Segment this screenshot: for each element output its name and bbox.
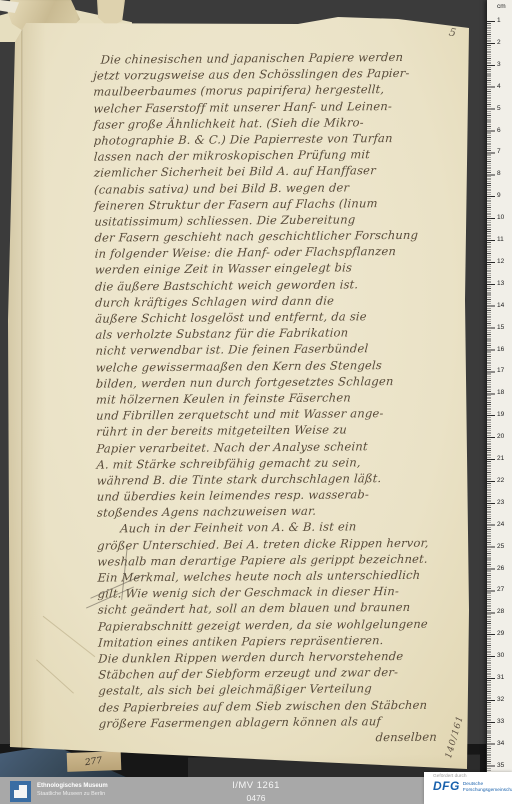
dfg-logo: DFG Deutsche Forschungsgemeinschaft xyxy=(433,781,512,793)
ruler-number: 6 xyxy=(497,127,511,134)
ruler-number: 13 xyxy=(497,280,511,287)
ruler-number: 24 xyxy=(497,521,511,528)
museum-logo: Ethnologisches Museum Staatliche Museen … xyxy=(10,781,108,802)
ruler-number: 15 xyxy=(497,324,511,331)
page-tab-strip: 277 xyxy=(67,751,122,772)
dfg-logo-box: Gefördert durch DFG Deutsche Forschungsg… xyxy=(424,772,512,804)
strip-number: 277 xyxy=(85,755,103,767)
ruler-number: 5 xyxy=(497,105,511,112)
gutter-fold-line xyxy=(21,28,23,748)
ruler-number: 17 xyxy=(497,367,511,374)
ruler-number: 27 xyxy=(497,586,511,593)
paper-wrinkle xyxy=(43,616,96,657)
scan-identifiers: I/MV 1261 0476 xyxy=(140,780,372,803)
ruler-number: 1 xyxy=(497,17,511,24)
dfg-full-name: Deutsche Forschungsgemeinschaft xyxy=(463,781,512,793)
scan-number: 0476 xyxy=(140,793,372,803)
ruler-number: 31 xyxy=(497,674,511,681)
ruler-number: 19 xyxy=(497,411,511,418)
ruler-number: 10 xyxy=(497,214,511,221)
ruler-number: 25 xyxy=(497,543,511,550)
manuscript-closing-word: denselben xyxy=(98,728,471,747)
ruler-number: 8 xyxy=(497,170,511,177)
ruler-number: 11 xyxy=(497,236,511,243)
ruler-number: 21 xyxy=(497,455,511,462)
museum-parent-org: Staatliche Museen zu Berlin xyxy=(37,791,108,797)
museum-logo-text: Ethnologisches Museum Staatliche Museen … xyxy=(37,781,108,797)
ruler-number: 30 xyxy=(497,652,511,659)
ruler-number: 28 xyxy=(497,608,511,615)
ruler-number: 18 xyxy=(497,389,511,396)
ruler-number: 4 xyxy=(497,83,511,90)
page-number: 5 xyxy=(448,25,458,39)
dfg-name-line2: Forschungsgemeinschaft xyxy=(463,788,512,793)
ruler-number: 33 xyxy=(497,718,511,725)
ruler-number: 35 xyxy=(497,762,511,769)
smb-logo-icon xyxy=(10,781,31,802)
ruler-number: 12 xyxy=(497,258,511,265)
cm-ruler: cm 1234567891011121314151617181920212223… xyxy=(487,0,512,804)
inventory-number: I/MV 1261 xyxy=(140,780,372,791)
ruler-number: 3 xyxy=(497,61,511,68)
ruler-number: 29 xyxy=(497,630,511,637)
manuscript-lines: Die chinesischen und japanischen Papiere… xyxy=(93,48,471,731)
ruler-number: 16 xyxy=(497,346,511,353)
ruler-number: 2 xyxy=(497,39,511,46)
manuscript-page: 5 Die chinesischen und japanischen Papie… xyxy=(0,0,512,804)
museum-name: Ethnologisches Museum xyxy=(37,783,108,789)
ruler-number: 7 xyxy=(497,148,511,155)
paper-wrinkle xyxy=(36,659,74,693)
ruler-number: 32 xyxy=(497,696,511,703)
ruler-unit-label: cm xyxy=(497,3,506,10)
scan-viewport: 277 248 249 5 Die chinesischen und japan… xyxy=(0,0,512,804)
dfg-acronym: DFG xyxy=(433,781,460,792)
smb-logo-glyph-icon xyxy=(14,785,27,798)
ruler-number: 26 xyxy=(497,565,511,572)
ruler-number: 23 xyxy=(497,499,511,506)
ruler-number: 34 xyxy=(497,740,511,747)
ruler-number: 22 xyxy=(497,477,511,484)
ruler-number: 9 xyxy=(497,192,511,199)
ruler-number: 20 xyxy=(497,433,511,440)
ruler-number: 14 xyxy=(497,302,511,309)
dfg-name-line1: Deutsche xyxy=(463,782,483,787)
manuscript-text: Die chinesischen und japanischen Papiere… xyxy=(93,48,471,747)
